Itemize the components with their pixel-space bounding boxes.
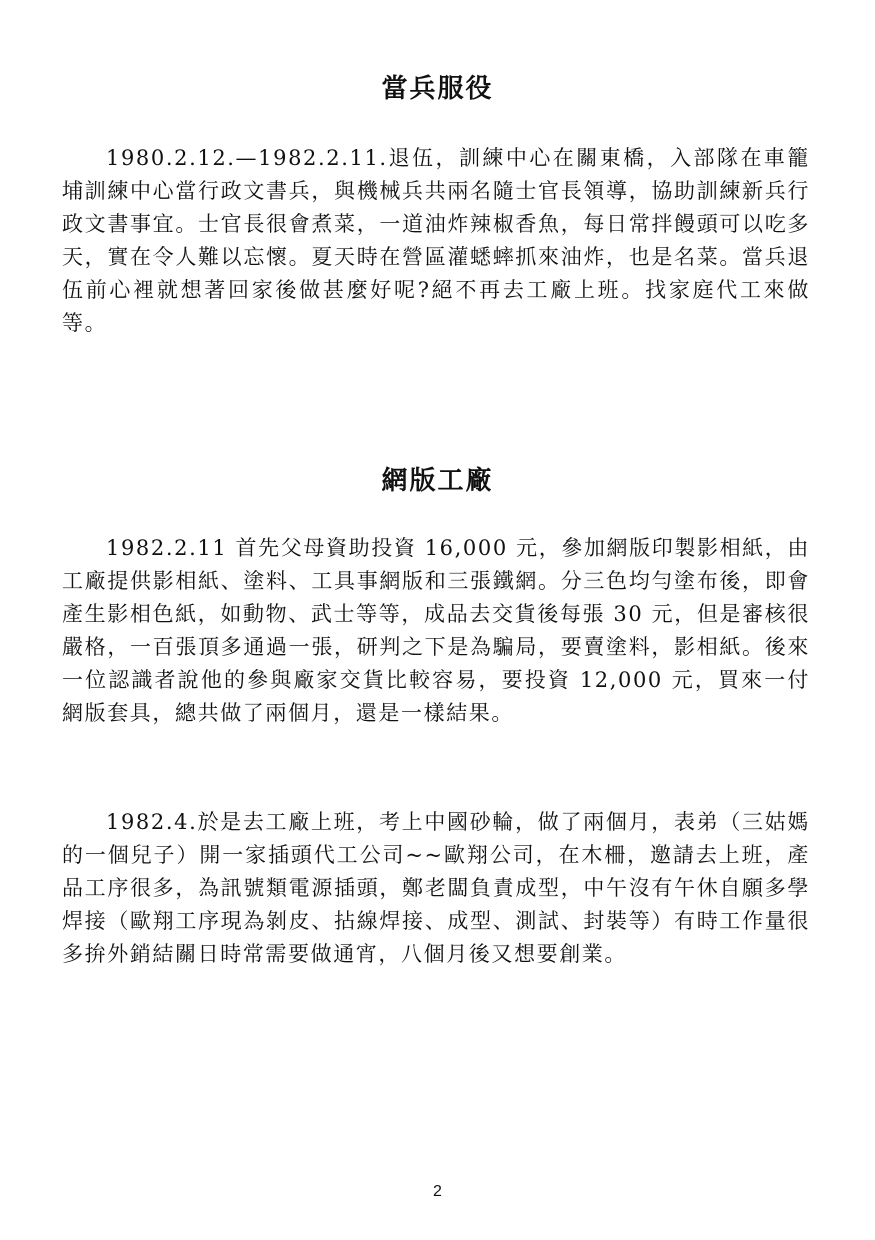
section-title-military-service: 當兵服役 [0,68,875,105]
paragraph-military-service: 1980.2.12.—1982.2.11.退伍，訓練中心在關東橋，入部隊在車籠埔… [62,142,810,340]
page-number: 2 [0,1183,875,1201]
section-title-screen-printing-factory: 網版工廠 [0,460,875,497]
paragraph-screen-printing-investment: 1982.2.11 首先父母資助投資 16,000 元，參加網版印製影相紙，由工… [62,532,810,730]
paragraph-factory-work: 1982.4.於是去工廠上班，考上中國砂輪，做了兩個月，表弟（三姑媽的一個兒子）… [62,806,810,971]
